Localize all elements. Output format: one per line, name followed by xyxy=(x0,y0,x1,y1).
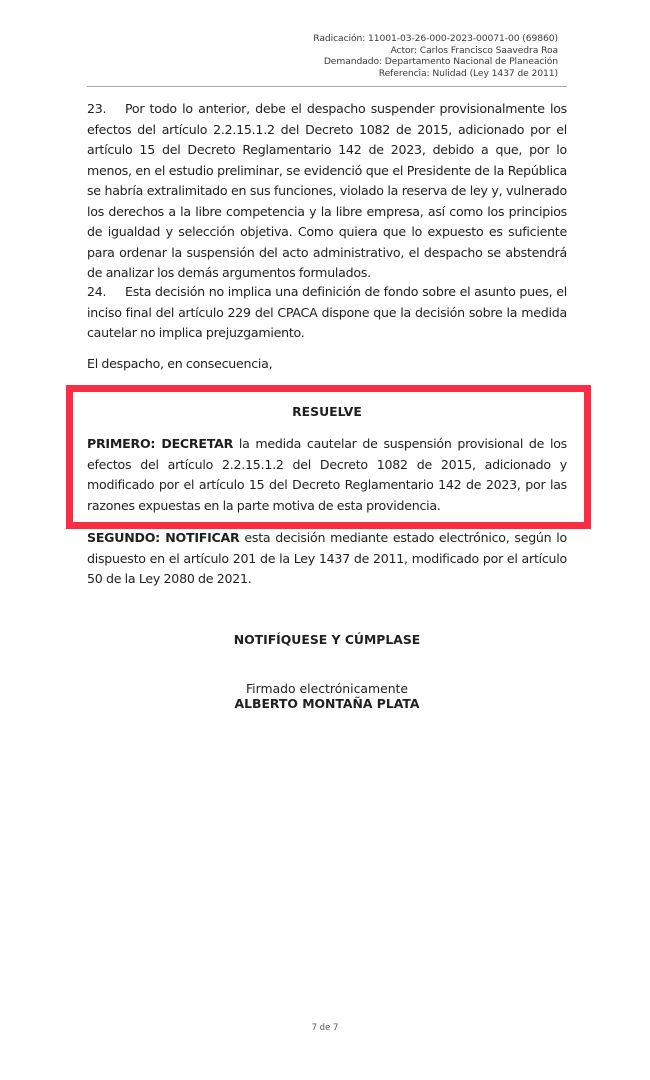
case-header: Radicación: 11001-03-26-000-2023-00071-0… xyxy=(313,33,558,79)
resolution-heading: RESUELVE xyxy=(87,404,567,419)
resolution-segundo: SEGUNDO: NOTIFICAR esta decisión mediant… xyxy=(87,528,567,590)
paragraph-23: 23.Por todo lo anterior, debe el despach… xyxy=(87,99,567,284)
paragraph-24: 24.Esta decisión no implica una definici… xyxy=(87,282,567,344)
signer-name: ALBERTO MONTAÑA PLATA xyxy=(87,696,567,711)
paragraph-number: 24. xyxy=(87,282,125,303)
primero-label: PRIMERO: DECRETAR xyxy=(87,436,233,451)
case-actor: Actor: Carlos Francisco Saavedra Roa xyxy=(313,45,558,57)
resolution-primero: PRIMERO: DECRETAR la medida cautelar de … xyxy=(87,434,567,516)
signed-electronically: Firmado electrónicamente xyxy=(87,681,567,696)
case-referencia: Referencia: Nulidad (Ley 1437 de 2011) xyxy=(313,68,558,80)
paragraph-text: Esta decisión no implica una definición … xyxy=(87,284,567,340)
consequence-line: El despacho, en consecuencia, xyxy=(87,354,567,375)
notification-line: NOTIFÍQUESE Y CÚMPLASE xyxy=(87,632,567,647)
segundo-label: SEGUNDO: NOTIFICAR xyxy=(87,530,240,545)
header-divider xyxy=(87,86,567,87)
paragraph-number: 23. xyxy=(87,99,125,120)
paragraph-text: Por todo lo anterior, debe el despacho s… xyxy=(87,101,567,280)
case-demandado: Demandado: Departamento Nacional de Plan… xyxy=(313,56,558,68)
case-radicacion: Radicación: 11001-03-26-000-2023-00071-0… xyxy=(313,33,558,45)
page-number: 7 de 7 xyxy=(0,1023,650,1033)
